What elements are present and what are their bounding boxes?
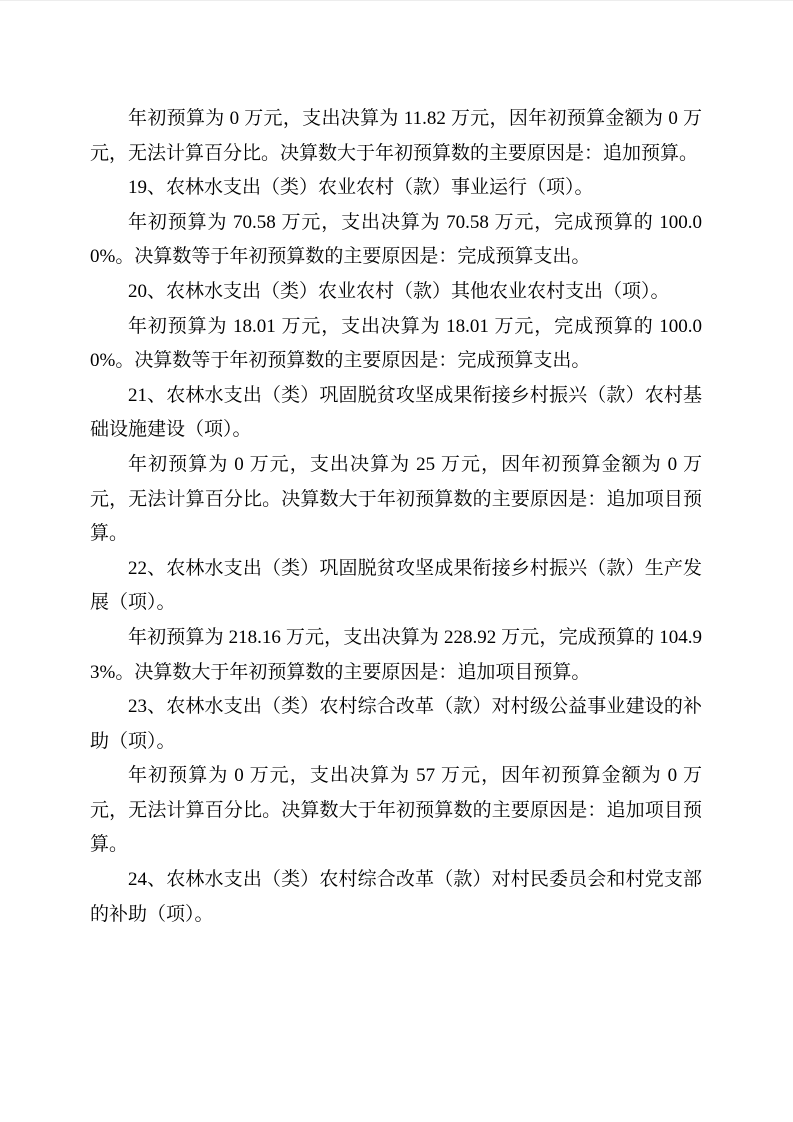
- para-item21-heading: 21、农林水支出（类）巩固脱贫攻坚成果衔接乡村振兴（款）农村基础设施建设（项）。: [90, 379, 702, 448]
- para-item22-budget-detail: 年初预算为 218.16 万元，支出决算为 228.92 万元，完成预算的 10…: [90, 621, 702, 690]
- para-item21-budget-detail: 年初预算为 0 万元，支出决算为 25 万元，因年初预算金额为 0 万元，无法计…: [90, 448, 702, 552]
- para-item19-budget-detail: 年初预算为 70.58 万元，支出决算为 70.58 万元，完成预算的 100.…: [90, 206, 702, 275]
- document-body: 年初预算为 0 万元，支出决算为 11.82 万元，因年初预算金额为 0 万元，…: [90, 102, 702, 932]
- para-item18-budget-detail: 年初预算为 0 万元，支出决算为 11.82 万元，因年初预算金额为 0 万元，…: [90, 102, 702, 171]
- para-item24-heading: 24、农林水支出（类）农村综合改革（款）对村民委员会和村党支部的补助（项）。: [90, 863, 702, 932]
- para-item23-heading: 23、农林水支出（类）农村综合改革（款）对村级公益事业建设的补助（项）。: [90, 690, 702, 759]
- para-item22-heading: 22、农林水支出（类）巩固脱贫攻坚成果衔接乡村振兴（款）生产发展（项）。: [90, 552, 702, 621]
- para-item23-budget-detail: 年初预算为 0 万元，支出决算为 57 万元，因年初预算金额为 0 万元，无法计…: [90, 759, 702, 863]
- para-item20-heading: 20、农林水支出（类）农业农村（款）其他农业农村支出（项）。: [90, 275, 702, 310]
- para-item19-heading: 19、农林水支出（类）农业农村（款）事业运行（项）。: [90, 171, 702, 206]
- document-page: 年初预算为 0 万元，支出决算为 11.82 万元，因年初预算金额为 0 万元，…: [0, 0, 793, 1122]
- para-item20-budget-detail: 年初预算为 18.01 万元，支出决算为 18.01 万元，完成预算的 100.…: [90, 310, 702, 379]
